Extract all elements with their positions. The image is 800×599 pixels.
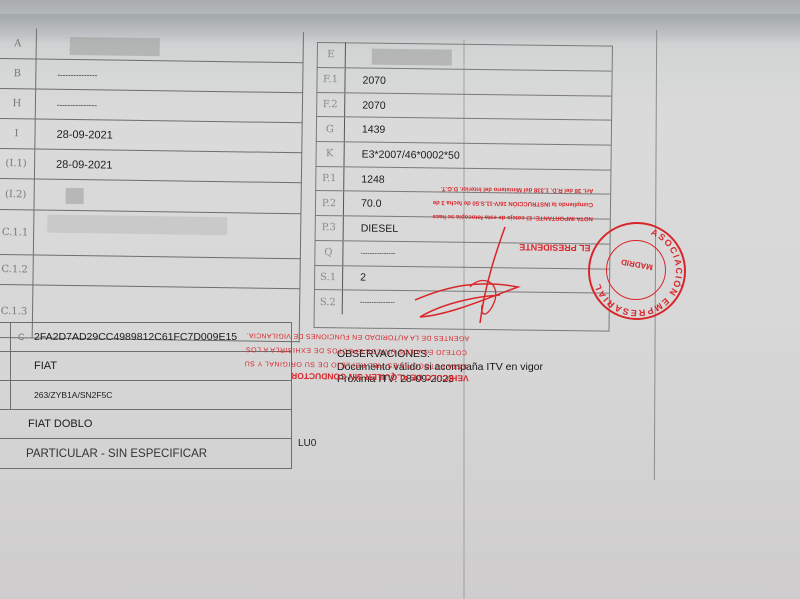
field-row: (I.1) 28-09-2021: [0, 149, 302, 183]
field-row: F.2 2070: [316, 93, 611, 121]
field-row: F.1 2070: [316, 68, 611, 96]
field-row: FIAT: [0, 352, 292, 381]
field-code-cell: [0, 381, 11, 409]
field-row: P.1 1248: [315, 167, 610, 195]
field-row: E: [317, 42, 612, 72]
type-variant-value: 263/ZYB1A/SN2F5C: [34, 390, 112, 400]
field-row: PARTICULAR - SIN ESPECIFICAR: [0, 439, 292, 469]
vehicle-info-table: C 2FA2D7AD29CC4989812C61FC7D009E15 FIAT …: [0, 322, 292, 469]
field-code: I: [0, 119, 36, 149]
field-code: F.1: [316, 68, 345, 92]
field-row: (I.2): [0, 179, 302, 214]
field-code: C.1.2: [0, 255, 34, 285]
field-row: C.1.2: [0, 255, 301, 289]
field-row: B ---------------: [0, 59, 304, 93]
field-code: P.2: [315, 191, 344, 215]
field-row: C.1.1: [0, 210, 301, 259]
usage-value: PARTICULAR - SIN ESPECIFICAR: [26, 448, 207, 460]
field-row: A: [0, 28, 304, 63]
field-row: FIAT DOBLO: [0, 410, 292, 439]
field-code: G: [316, 117, 345, 141]
signature-icon: [410, 225, 540, 325]
field-value: ---------------: [57, 100, 97, 110]
field-code: S.2: [314, 290, 343, 314]
side-code: LU0: [298, 438, 316, 449]
field-row: P.2 70.0: [315, 191, 610, 219]
field-code: (I.2): [0, 179, 35, 210]
field-value: 1248: [361, 173, 385, 185]
redacted-block: [70, 37, 160, 56]
field-row: I 28-09-2021: [0, 119, 303, 153]
field-code-cell: [0, 410, 10, 438]
field-value: 2070: [362, 99, 386, 111]
field-row: C 2FA2D7AD29CC4989812C61FC7D009E15: [0, 322, 292, 352]
field-value: 70.0: [361, 198, 382, 210]
field-row: H ---------------: [0, 89, 303, 123]
field-code: C.1.1: [0, 210, 34, 255]
redacted-block: [47, 215, 227, 236]
field-code: P.3: [315, 216, 344, 240]
make-value: FIAT: [34, 360, 57, 372]
field-code: K: [315, 142, 344, 166]
field-code: H: [0, 89, 36, 119]
observations-line: Documento válido si acompaña ITV en vigo…: [337, 361, 543, 374]
field-code: F.2: [316, 93, 345, 117]
field-code-cell: [0, 352, 11, 380]
field-value: 28-09-2021: [56, 128, 112, 141]
field-code: P.1: [315, 167, 344, 191]
left-fields-table: A B --------------- H --------------- I …: [0, 28, 304, 342]
field-value: DIESEL: [361, 223, 399, 235]
field-code: B: [0, 59, 37, 89]
field-code: E: [317, 42, 346, 67]
field-value: E3*2007/46*0002*50: [362, 148, 460, 161]
model-value: FIAT DOBLO: [28, 418, 92, 430]
observations-title: OBSERVACIONES:: [337, 348, 543, 361]
field-value: 2070: [362, 74, 386, 86]
field-code: Q: [314, 241, 343, 265]
field-value: 2: [360, 272, 366, 284]
field-value: 28-09-2021: [56, 158, 112, 171]
field-code-cell: [0, 323, 11, 351]
field-code: C: [18, 332, 25, 342]
redacted-block: [372, 49, 452, 66]
field-code: A: [0, 28, 37, 59]
field-row: G 1439: [316, 117, 611, 145]
vin-hash-value: 2FA2D7AD29CC4989812C61FC7D009E15: [34, 331, 237, 343]
observations-line: Próxima ITV: 28-09-2023: [337, 373, 543, 386]
field-row: K E3*2007/46*0002*50: [315, 142, 610, 170]
field-code: S.1: [314, 265, 343, 289]
field-code: (I.1): [0, 149, 35, 179]
observations-block: OBSERVACIONES: Documento válido si acomp…: [337, 348, 543, 386]
field-value: ---------------: [360, 250, 395, 257]
redacted-block: [66, 188, 84, 204]
field-value: 1439: [362, 124, 386, 136]
field-value: ---------------: [360, 299, 395, 306]
field-value: ---------------: [57, 70, 97, 80]
field-row: 263/ZYB1A/SN2F5C: [0, 381, 292, 410]
